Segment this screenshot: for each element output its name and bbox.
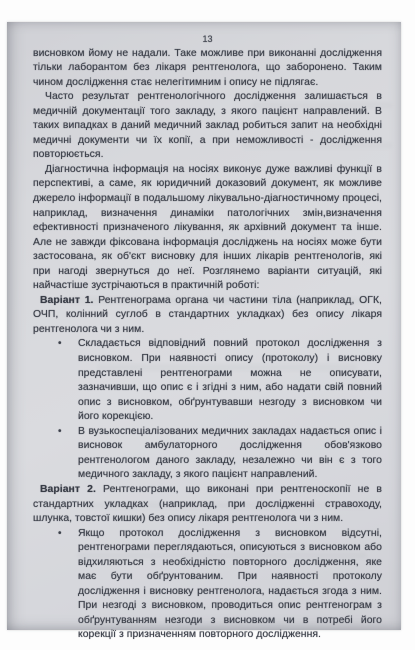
bullet-icon: • — [58, 527, 62, 542]
variant-2-paragraph: Варіант 2. Рентгенограми, що виконані пр… — [33, 483, 382, 527]
bullet-text: Якщо протокол дослідження з висновком ві… — [78, 528, 382, 641]
variant-1-label: Варіант 1. — [40, 295, 93, 306]
bullet-icon: • — [58, 337, 62, 352]
scanned-document-page: 13 висновком йому не надали. Таке можлив… — [7, 22, 401, 630]
paragraph: Часто результат рентгенологічного дослід… — [33, 90, 382, 163]
variant-1-paragraph: Варіант 1. Рентгенограма органа чи части… — [33, 294, 382, 338]
paragraph-text: Часто результат рентгенологічного дослід… — [33, 91, 382, 160]
bullet-item: •В вузькоспеціалізованих медичних заклад… — [33, 425, 382, 483]
paragraph: висновком йому не надали. Таке можливе п… — [33, 47, 382, 91]
paragraph: Діагностична інформація на носіях викону… — [33, 163, 382, 294]
bullet-icon: • — [58, 425, 62, 440]
paragraph-text: висновком йому не надали. Таке можливе п… — [33, 48, 382, 88]
page-content: 13 висновком йому не надали. Таке можлив… — [33, 32, 382, 643]
bullet-item: •Якщо протокол дослідження з висновком в… — [33, 527, 382, 643]
bullet-text: Складається відповідний повний протокол … — [78, 338, 382, 422]
page-number: 13 — [33, 32, 382, 47]
paragraph-text: Діагностична інформація на носіях викону… — [33, 164, 382, 291]
bullet-item: •Складається відповідний повний протокол… — [33, 337, 382, 424]
variant-2-label: Варіант 2. — [40, 484, 96, 495]
bullet-text: В вузькоспеціалізованих медичних заклада… — [78, 426, 382, 481]
